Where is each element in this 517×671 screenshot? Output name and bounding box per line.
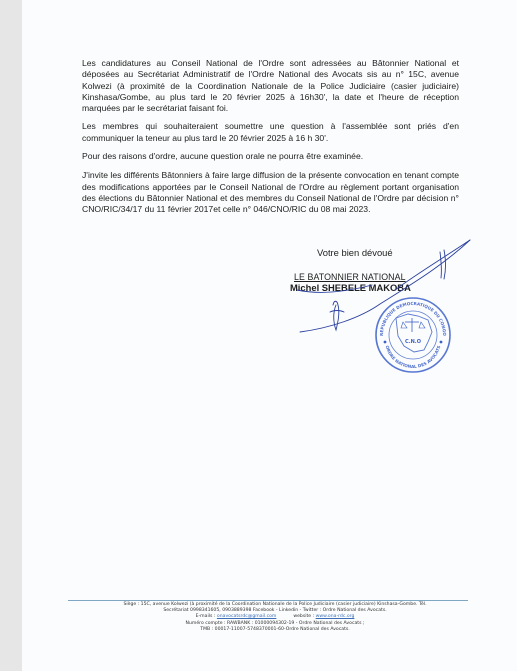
email-link[interactable]: onavocatsrdc@gmail.com — [217, 614, 276, 619]
letterhead-footer: Siège : 15C, avenue Kolwezi (à proximité… — [60, 602, 490, 633]
closing-salutation: Votre bien dévoué — [317, 247, 393, 258]
letter-body: Les candidatures au Conseil National de … — [82, 58, 459, 223]
signatory-title: LE BATONNIER NATIONAL — [294, 272, 406, 282]
paragraph-diffusion: J'invite les différents Bâtonniers à fai… — [82, 170, 459, 215]
website-label: website : — [293, 614, 314, 619]
website-link[interactable]: www.ona-rdc.org — [316, 614, 355, 619]
email-label: E-mails : — [196, 614, 216, 619]
footer-tmb-account: TMB : 00017-11007-5748370001-60-Ordre Na… — [60, 627, 490, 633]
paragraph-candidatures: Les candidatures au Conseil National de … — [82, 58, 459, 114]
paragraph-questions: Les membres qui souhaiteraient soumettre… — [82, 121, 459, 144]
paragraph-oral-questions: Pour des raisons d'ordre, aucune questio… — [82, 151, 459, 162]
footer-divider — [68, 600, 468, 601]
signatory-name: Michel SHEBELE MAKOBA — [290, 282, 411, 293]
